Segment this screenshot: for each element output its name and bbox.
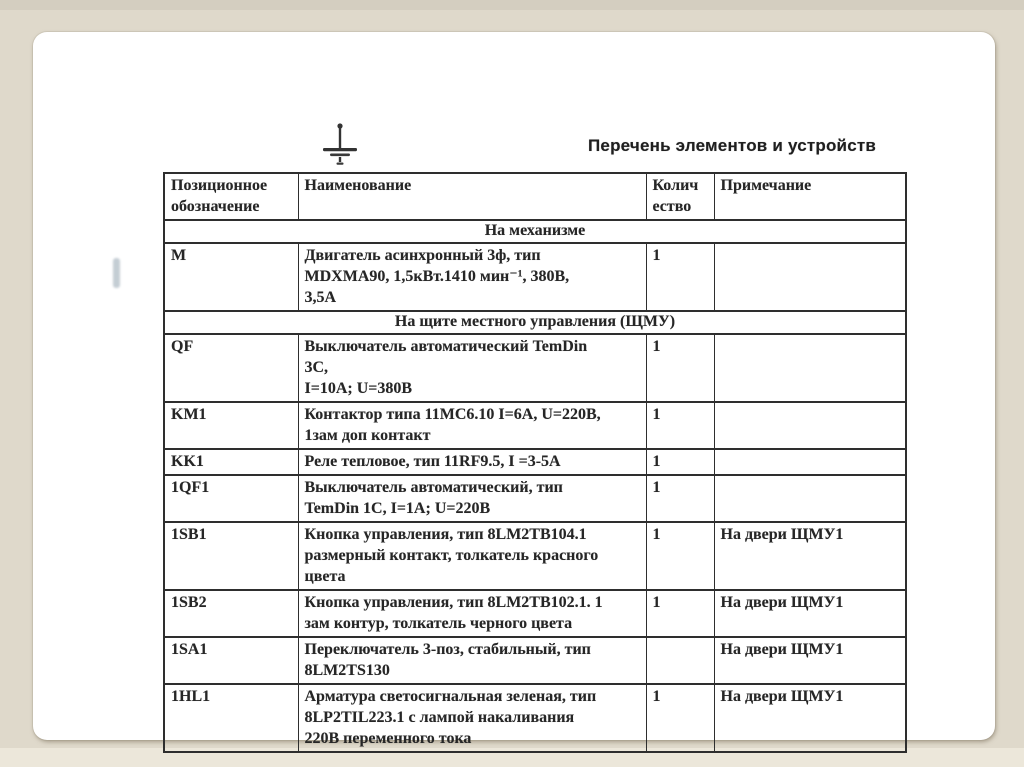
top-strip: [0, 0, 1024, 10]
name-cell: Реле тепловое, тип 11RF9.5, I =3-5А: [298, 449, 646, 475]
name-cell: Арматура светосигнальная зеленая, тип8LP…: [298, 684, 646, 752]
section-row: На щите местного управления (ЩМУ): [164, 311, 906, 334]
earth-ground-icon: [318, 120, 362, 173]
name-cell: Контактор типа 11MC6.10 I=6А, U=220В,1за…: [298, 402, 646, 449]
table-body: На механизмеМДвигатель асинхронный 3ф, т…: [164, 220, 906, 752]
cell-text-line: ество: [653, 196, 711, 217]
note-cell: На двери ЩМУ1: [714, 637, 906, 684]
qty-cell: 1: [646, 684, 714, 752]
note-cell: На двери ЩМУ1: [714, 522, 906, 590]
note-cell: На двери ЩМУ1: [714, 590, 906, 637]
qty-cell: 1: [646, 449, 714, 475]
cell-text-line: 220В переменного тока: [305, 728, 643, 749]
name-cell: Выключатель автоматический TemDin3С,I=10…: [298, 334, 646, 402]
table-row: 1HL1Арматура светосигнальная зеленая, ти…: [164, 684, 906, 752]
note-cell: [714, 449, 906, 475]
cell-text-line: Арматура светосигнальная зеленая, тип: [305, 686, 643, 707]
ref-cell: KM1: [164, 402, 298, 449]
cell-text-line: Кнопка управления, тип 8LM2TB104.1: [305, 524, 643, 545]
qty-cell: [646, 637, 714, 684]
note-cell: [714, 334, 906, 402]
column-header-name: Наименование: [298, 173, 646, 220]
ref-cell: QF: [164, 334, 298, 402]
cell-text-line: I=10А; U=380В: [305, 378, 643, 399]
page-canvas: Перечень элементов и устройств Позиционн…: [0, 0, 1024, 767]
ref-cell: 1SA1: [164, 637, 298, 684]
name-cell: Переключатель 3-поз, стабильный, тип8LM2…: [298, 637, 646, 684]
table-header: ПозиционноеобозначениеНаименованиеКоличе…: [164, 173, 906, 220]
table-row: МДвигатель асинхронный 3ф, типMDXMA90, 1…: [164, 243, 906, 311]
ref-cell: 1SB1: [164, 522, 298, 590]
ref-cell: 1QF1: [164, 475, 298, 522]
ref-cell: 1SB2: [164, 590, 298, 637]
cell-text-line: 8LP2TIL223.1 с лампой накаливания: [305, 707, 643, 728]
name-cell: Кнопка управления, тип 8LM2TB102.1. 1зам…: [298, 590, 646, 637]
cell-text-line: Кнопка управления, тип 8LM2TB102.1. 1: [305, 592, 643, 613]
qty-cell: 1: [646, 334, 714, 402]
cell-text-line: 8LM2TS130: [305, 660, 643, 681]
name-cell: Кнопка управления, тип 8LM2TB104.1размер…: [298, 522, 646, 590]
cell-text-line: Примечание: [721, 175, 903, 196]
cell-text-line: 3С,: [305, 357, 643, 378]
cell-text-line: Позиционное: [171, 175, 295, 196]
table-row: KM1Контактор типа 11MC6.10 I=6А, U=220В,…: [164, 402, 906, 449]
section-label: На щите местного управления (ЩМУ): [164, 311, 906, 334]
document-title: Перечень элементов и устройств: [588, 136, 876, 156]
ref-cell: 1HL1: [164, 684, 298, 752]
header-row: ПозиционноеобозначениеНаименованиеКоличе…: [164, 173, 906, 220]
table-row: 1SB2Кнопка управления, тип 8LM2TB102.1. …: [164, 590, 906, 637]
name-cell: Двигатель асинхронный 3ф, типMDXMA90, 1,…: [298, 243, 646, 311]
ref-cell: М: [164, 243, 298, 311]
note-cell: [714, 475, 906, 522]
cell-text-line: 3,5А: [305, 287, 643, 308]
table-row: QFВыключатель автоматический TemDin3С,I=…: [164, 334, 906, 402]
cell-text-line: зам контур, толкатель черного цвета: [305, 613, 643, 634]
cell-text-line: 1зам доп контакт: [305, 425, 643, 446]
cell-text-line: Реле тепловое, тип 11RF9.5, I =3-5А: [305, 451, 643, 472]
qty-cell: 1: [646, 475, 714, 522]
cell-text-line: Выключатель автоматический, тип: [305, 477, 643, 498]
qty-cell: 1: [646, 243, 714, 311]
elements-table-wrap: ПозиционноеобозначениеНаименованиеКоличе…: [163, 172, 907, 753]
slide: Перечень элементов и устройств Позиционн…: [33, 32, 995, 740]
name-cell: Выключатель автоматический, типTemDin 1C…: [298, 475, 646, 522]
cell-text-line: Контактор типа 11MC6.10 I=6А, U=220В,: [305, 404, 643, 425]
qty-cell: 1: [646, 402, 714, 449]
table-row: 1SB1Кнопка управления, тип 8LM2TB104.1ра…: [164, 522, 906, 590]
cell-text-line: Двигатель асинхронный 3ф, тип: [305, 245, 643, 266]
cell-text-line: Наименование: [305, 175, 643, 196]
cell-text-line: MDXMA90, 1,5кВт.1410 мин⁻¹, 380В,: [305, 266, 643, 287]
note-cell: [714, 402, 906, 449]
section-row: На механизме: [164, 220, 906, 243]
section-label: На механизме: [164, 220, 906, 243]
column-header-pos: Позиционноеобозначение: [164, 173, 298, 220]
cell-text-line: Выключатель автоматический TemDin: [305, 336, 643, 357]
cell-text-line: Колич: [653, 175, 711, 196]
table-row: 1SA1Переключатель 3-поз, стабильный, тип…: [164, 637, 906, 684]
qty-cell: 1: [646, 590, 714, 637]
elements-table: ПозиционноеобозначениеНаименованиеКоличе…: [163, 172, 907, 753]
cell-text-line: Переключатель 3-поз, стабильный, тип: [305, 639, 643, 660]
note-cell: [714, 243, 906, 311]
column-header-note: Примечание: [714, 173, 906, 220]
column-header-qty: Количество: [646, 173, 714, 220]
qty-cell: 1: [646, 522, 714, 590]
table-row: 1QF1Выключатель автоматический, типTemDi…: [164, 475, 906, 522]
cell-text-line: цвета: [305, 566, 643, 587]
cell-text-line: обозначение: [171, 196, 295, 217]
ref-cell: KK1: [164, 449, 298, 475]
cell-text-line: TemDin 1C, I=1А; U=220В: [305, 498, 643, 519]
cell-text-line: размерный контакт, толкатель красного: [305, 545, 643, 566]
scan-artifact: [113, 258, 120, 288]
note-cell: На двери ЩМУ1: [714, 684, 906, 752]
table-row: KK1Реле тепловое, тип 11RF9.5, I =3-5А1: [164, 449, 906, 475]
